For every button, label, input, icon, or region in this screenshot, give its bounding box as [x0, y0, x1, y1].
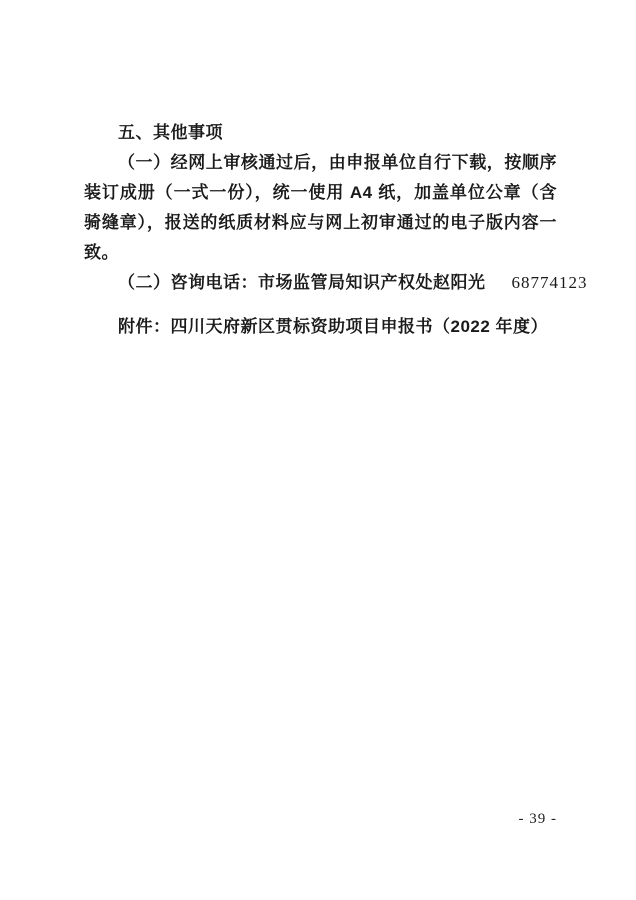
contact-phone-number: 68774123 — [512, 273, 588, 292]
attachment-line: 附件：四川天府新区贯标资助项目申报书（2022 年度） — [84, 312, 557, 342]
page-number: - 39 - — [519, 810, 558, 828]
paragraph-binding-instructions: （一）经网上审核通过后，由申报单位自行下载，按顺序装订成册（一式一份），统一使用… — [84, 148, 557, 268]
paragraph-contact: （二）咨询电话：市场监管局知识产权处赵阳光68774123 — [84, 268, 557, 298]
document-page: 五、其他事项 （一）经网上审核通过后，由申报单位自行下载，按顺序装订成册（一式一… — [0, 0, 636, 900]
contact-label: （二）咨询电话：市场监管局知识产权处赵阳光 — [118, 273, 486, 292]
section-heading: 五、其他事项 — [84, 118, 557, 148]
document-content: 五、其他事项 （一）经网上审核通过后，由申报单位自行下载，按顺序装订成册（一式一… — [84, 118, 557, 342]
